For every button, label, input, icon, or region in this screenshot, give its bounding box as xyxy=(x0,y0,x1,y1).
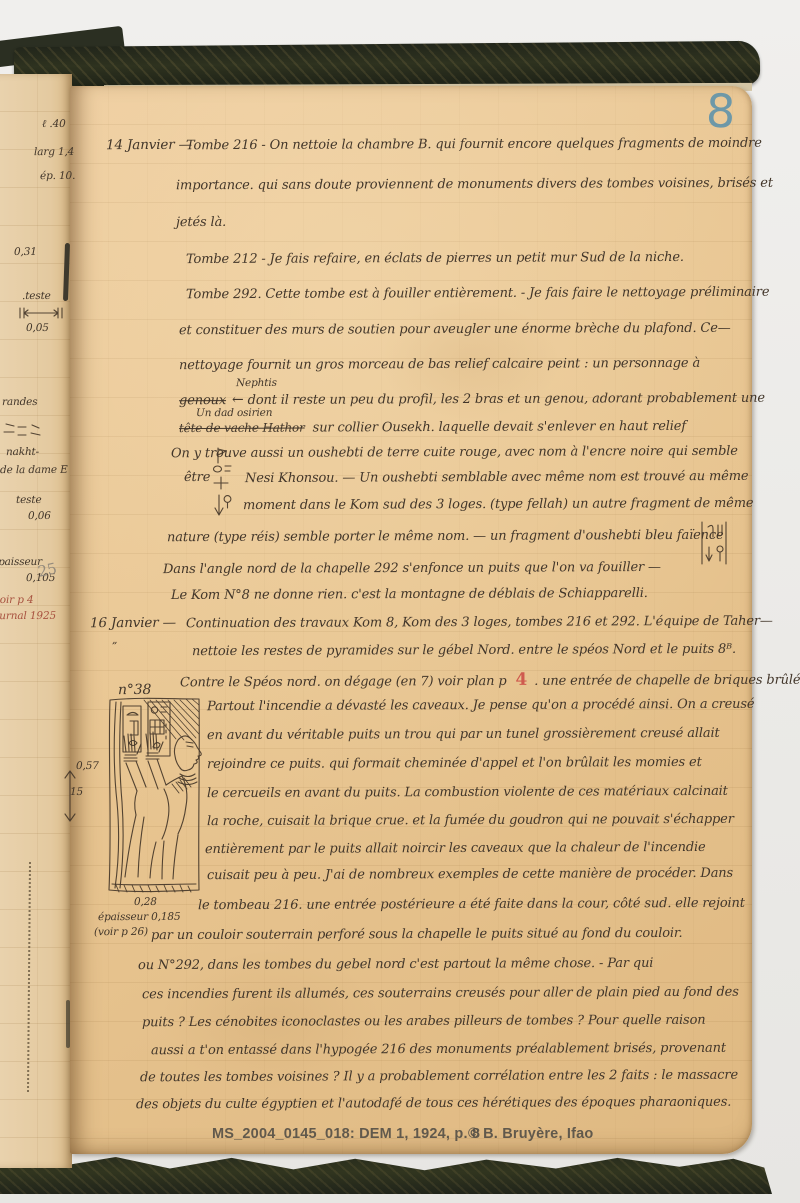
margin-fragment: randes xyxy=(2,396,38,408)
sketch-page-ref: (voir p 26) xyxy=(94,926,148,938)
journal-line: importance. qui sans doute proviennent d… xyxy=(176,177,773,195)
margin-fragment: ép. 10. xyxy=(40,170,75,182)
hieroglyph-scribble xyxy=(2,420,42,442)
hieroglyph-line-prefix: être xyxy=(184,471,210,486)
sketch-thickness-note: épaisseur 0,185 xyxy=(98,911,181,923)
sketch-dimension-left: 0,57 xyxy=(76,760,99,772)
hieroglyph-column-nesi-khonsou xyxy=(210,446,234,522)
journal-line: cuisait peu à peu. J'ai de nombreux exem… xyxy=(207,867,733,884)
journal-line-composite: tête de vache Hathor sur collier Ousekh.… xyxy=(179,420,686,437)
journal-line: entièrement par le puits allait noircir … xyxy=(205,841,706,858)
journal-line: dont il reste un peu du profil, les 2 br… xyxy=(248,391,765,408)
margin-fragment: de la dame E xyxy=(0,464,68,476)
journal-line: par un couloir souterrain perforé sous l… xyxy=(151,927,683,944)
notebook-photo: 8 ℓ .40 larg 1,4 ép. 10. 0,31 .teste 0,0… xyxy=(0,0,800,1203)
margin-fragment: 0,05 xyxy=(26,322,49,334)
journal-line: ou N°292, dans les tombes du gebel nord … xyxy=(138,957,653,974)
hieroglyph-faience-fragment xyxy=(700,520,728,566)
journal-line: Tombe 292. Cette tombe est à fouiller en… xyxy=(186,286,769,303)
dimension-mark-sketch xyxy=(18,306,64,320)
margin-fragment: ℓ .40 xyxy=(42,118,66,130)
copyright-caption: © B. Bruyère, Ifao xyxy=(468,1126,593,1142)
journal-line: nettoyage fournit un gros morceau de bas… xyxy=(179,357,700,374)
journal-line-composite: Contre le Spéos nord. on dégage (en 7) v… xyxy=(180,670,800,692)
journal-line: nature (type réis) semble porter le même… xyxy=(167,529,724,546)
margin-fragment-red: journal 1925 xyxy=(0,610,56,622)
journal-line: On y trouve aussi un oushebti de terre c… xyxy=(171,445,738,462)
margin-fragment: 0,06 xyxy=(28,510,51,522)
journal-line: Tombe 212 - Je fais refaire, en éclats d… xyxy=(186,251,684,268)
journal-line: la roche, cuisait la brique crue. et la … xyxy=(207,813,734,830)
margin-fragment: 0,31 xyxy=(14,246,37,258)
notebook-cover-bottom-edge xyxy=(0,1150,772,1194)
interline-annotation: Un dad osirien xyxy=(196,407,272,419)
margin-fragment: .teste xyxy=(22,290,51,302)
red-page-ref: 4 xyxy=(515,670,527,690)
journal-line: Contre le Spéos nord. on dégage (en 7) v… xyxy=(180,674,507,690)
journal-line: Continuation des travaux Kom 8, Kom des … xyxy=(186,615,773,632)
journal-line: le cercueils en avant du puits. La combu… xyxy=(207,785,728,802)
journal-line: Le Kom N°8 ne donne rien. c'est la monta… xyxy=(171,587,648,604)
journal-line: aussi a t'on entassé dans l'hypogée 216 … xyxy=(151,1042,726,1059)
struck-word: genoux xyxy=(179,393,226,408)
journal-line: ces incendies furent ils allumés, ces so… xyxy=(142,986,739,1004)
margin-fragment-red: voir p 4 xyxy=(0,594,34,606)
journal-line: le tombeau 216. une entrée postérieure a… xyxy=(198,897,745,914)
page-number: 8 xyxy=(705,84,736,139)
adorant-sketch xyxy=(104,694,204,894)
margin-fragment: épaisseur xyxy=(0,556,42,568)
journal-line: puits ? Les cénobites iconoclastes ou le… xyxy=(142,1014,706,1031)
journal-line: des objets du culte égyptien et l'autoda… xyxy=(136,1096,731,1114)
journal-line: Tombe 216 - On nettoie la chambre B. qui… xyxy=(186,137,762,154)
journal-line: de toutes les tombes voisines ? Il y a p… xyxy=(140,1069,738,1087)
margin-fragment: 15 xyxy=(70,786,83,798)
insertion-arrow: ← xyxy=(232,392,244,408)
entry-date: 14 Janvier — xyxy=(106,138,192,154)
sketch-dimension-bottom: 0,28 xyxy=(134,896,157,908)
interline-annotation: Nephtis xyxy=(236,377,277,389)
journal-line: moment dans le Kom sud des 3 loges. (typ… xyxy=(243,497,753,514)
journal-line: Partout l'incendie a dévasté les caveaux… xyxy=(207,698,755,715)
journal-line: rejoindre ce puits. qui formait cheminée… xyxy=(207,756,702,773)
margin-fragment: teste xyxy=(16,494,42,506)
ditto-mark: „ xyxy=(112,634,117,646)
journal-line: en avant du véritable puits un trou qui … xyxy=(207,727,720,744)
journal-line: Nesi Khonsou. — Un oushebti semblable av… xyxy=(245,470,748,487)
journal-line: jetés là. xyxy=(176,216,226,231)
margin-fragment: nakht- xyxy=(6,446,39,458)
journal-line: Dans l'angle nord de la chapelle 292 s'e… xyxy=(163,561,661,578)
journal-line: et constituer des murs de soutien pour a… xyxy=(179,322,731,339)
archive-id-caption: MS_2004_0145_018: DEM 1, 1924, p. 8 xyxy=(212,1126,480,1142)
struck-words: tête de vache Hathor xyxy=(179,421,305,436)
margin-fragment: larg 1,4 xyxy=(34,146,74,158)
entry-date: 16 Janvier — xyxy=(90,616,176,632)
journal-line: nettoie les restes de pyramides sur le g… xyxy=(192,643,736,660)
journal-line: sur collier Ousekh. laquelle devait s'en… xyxy=(313,419,686,436)
journal-line: . une entrée de chapelle de briques brûl… xyxy=(534,673,800,689)
